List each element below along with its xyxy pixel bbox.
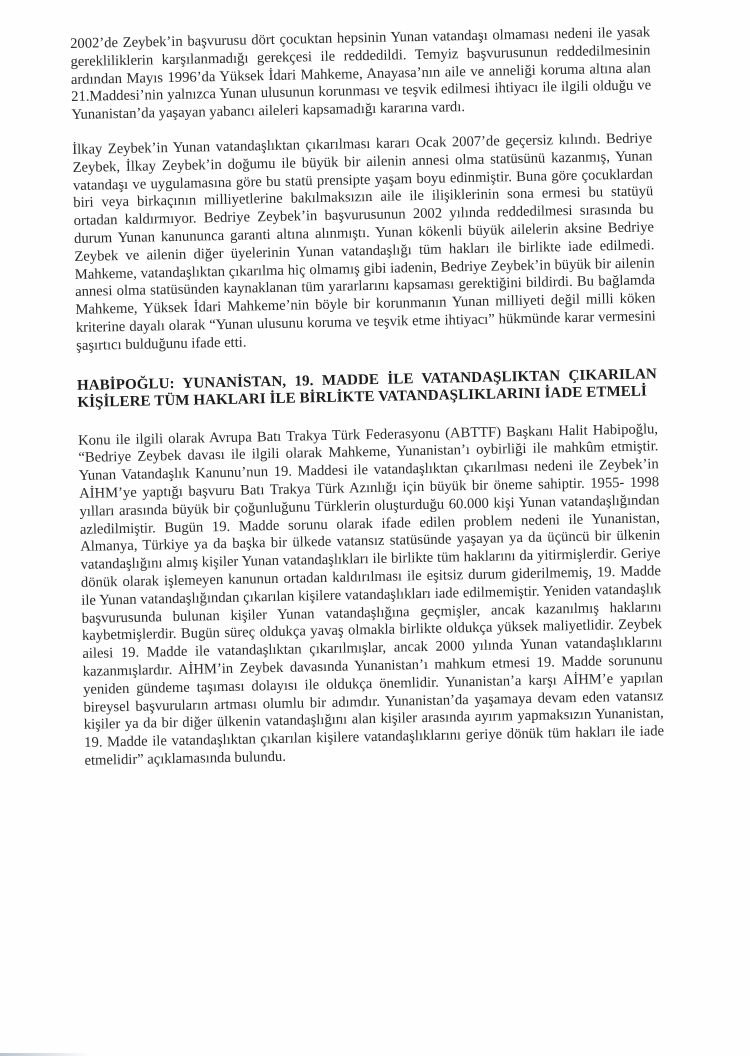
- paragraph-habipoglu-statement: Konu ile ilgili olarak Avrupa Batı Traky…: [78, 421, 665, 771]
- paragraph-zeybek-application: 2002’de Zeybek’in başvurusu dört çocukta…: [70, 24, 652, 125]
- document-body: 2002’de Zeybek’in başvurusu dört çocukta…: [70, 24, 665, 770]
- paragraph-citizenship-restored: İlkay Zeybek’in Yunan vatandaşlıktan çık…: [72, 130, 656, 355]
- section-heading: HABİPOĞLU: YUNANİSTAN, 19. MADDE İLE VAT…: [77, 366, 658, 412]
- scanned-document-page: 2002’de Zeybek’in başvurusu dört çocukta…: [0, 0, 750, 1056]
